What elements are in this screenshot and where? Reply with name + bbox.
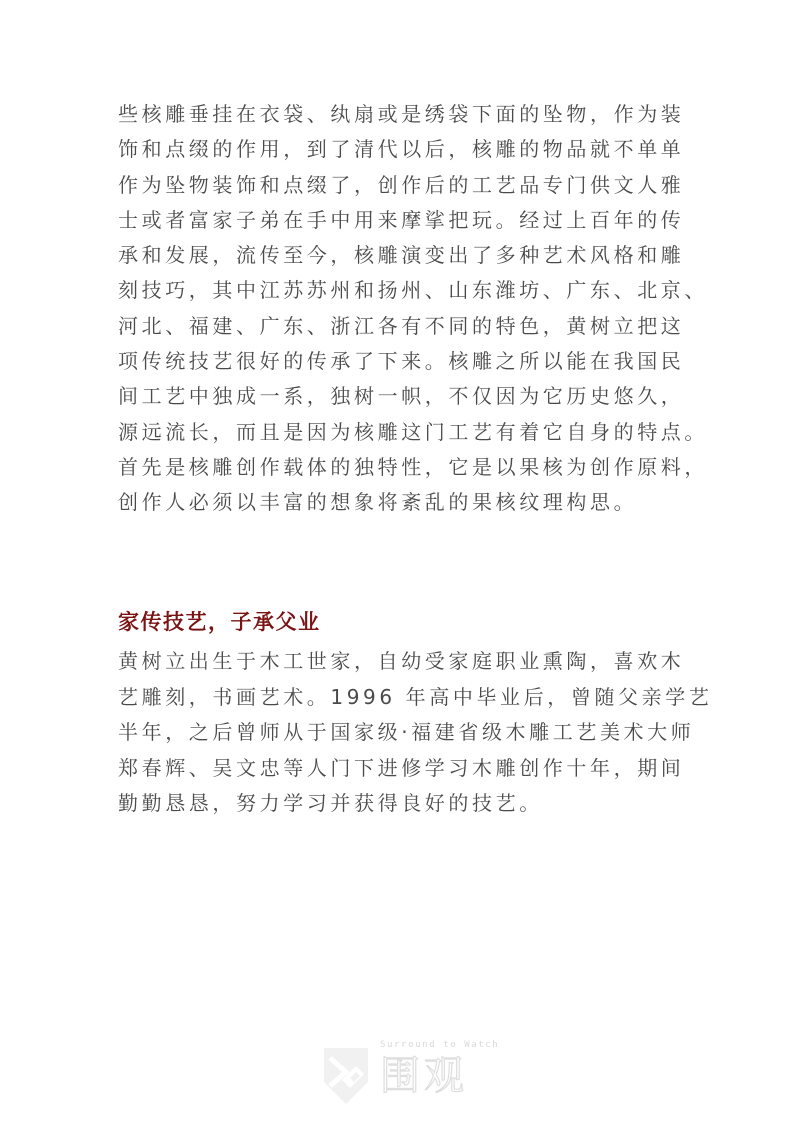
watermark-chinese-text: 围观 (380, 1052, 468, 1100)
document-page: 些核雕垂挂在衣袋、纨扇或是绣袋下面的坠物，作为装 饰和点缀的作用，到了清代以后，… (0, 0, 800, 1132)
text-line: 间工艺中独成一系，独树一帜，不仅因为它历史悠久， (118, 379, 690, 414)
paragraph-core-carving-history: 些核雕垂挂在衣袋、纨扇或是绣袋下面的坠物，作为装 饰和点缀的作用，到了清代以后，… (118, 97, 690, 521)
text-line: 黄树立出生于木工世家，自幼受家庭职业熏陶，喜欢木 (118, 644, 690, 680)
text-line: 艺雕刻，书画艺术。1996 年高中毕业后，曾随父亲学艺 (118, 680, 690, 716)
text-line: 些核雕垂挂在衣袋、纨扇或是绣袋下面的坠物，作为装 (118, 97, 690, 132)
shield-logo-icon (322, 1042, 370, 1106)
section-heading: 家传技艺，子承父业 (118, 604, 321, 640)
text-line: 创作人必须以丰富的想象将紊乱的果核纹理构思。 (118, 485, 690, 520)
text-line: 士或者富家子弟在手中用来摩挲把玩。经过上百年的传 (118, 203, 690, 238)
text-line: 项传统技艺很好的传承了下来。核雕之所以能在我国民 (118, 344, 690, 379)
text-line: 饰和点缀的作用，到了清代以后，核雕的物品就不单单 (118, 132, 690, 167)
text-line: 河北、福建、广东、浙江各有不同的特色，黄树立把这 (118, 309, 690, 344)
text-line: 源远流长，而且是因为核雕这门工艺有着它自身的特点。 (118, 415, 690, 450)
watermark: Surround to Watch 围观 (322, 1038, 482, 1108)
text-line: 刻技巧，其中江苏苏州和扬州、山东潍坊、广东、北京、 (118, 273, 690, 308)
watermark-english-text: Surround to Watch (380, 1040, 499, 1050)
text-line: 首先是核雕创作载体的独特性，它是以果核为创作原料， (118, 450, 690, 485)
text-line: 承和发展，流传至今，核雕演变出了多种艺术风格和雕 (118, 238, 690, 273)
paragraph-family-craft: 黄树立出生于木工世家，自幼受家庭职业熏陶，喜欢木 艺雕刻，书画艺术。1996 年… (118, 644, 690, 822)
text-line: 作为坠物装饰和点缀了，创作后的工艺品专门供文人雅 (118, 168, 690, 203)
text-line: 半年，之后曾师从于国家级·福建省级木雕工艺美术大师 (118, 715, 690, 751)
text-line: 勤勤恳恳，努力学习并获得良好的技艺。 (118, 786, 690, 822)
text-line: 郑春辉、吴文忠等人门下进修学习木雕创作十年，期间 (118, 751, 690, 787)
